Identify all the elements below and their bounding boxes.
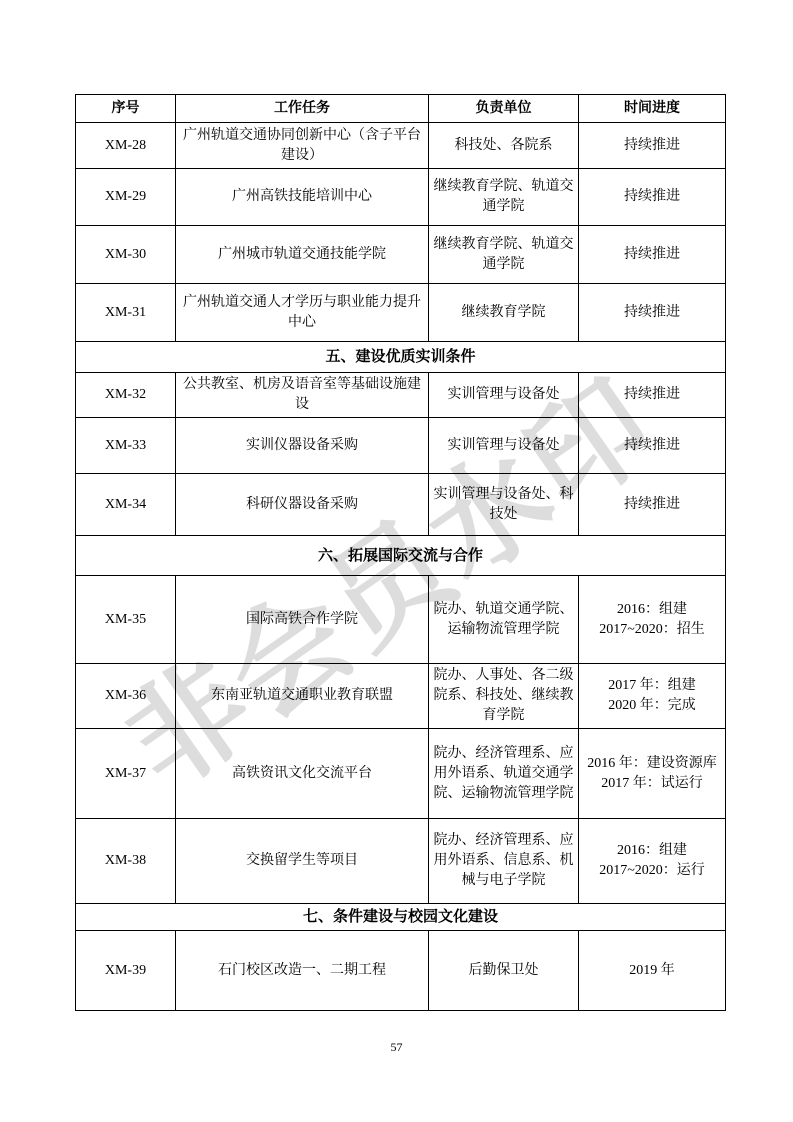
row-task: 科研仪器设备采购	[176, 474, 429, 536]
row-id: XM-31	[76, 284, 176, 342]
row-unit: 院办、轨道交通学院、运输物流管理学院	[429, 576, 579, 664]
row-id: XM-38	[76, 819, 176, 904]
row-unit: 继续教育学院、轨道交通学院	[429, 226, 579, 284]
row-id: XM-36	[76, 664, 176, 729]
column-header-task: 工作任务	[176, 95, 429, 123]
row-time: 持续推进	[579, 169, 726, 226]
table-header-row: 序号 工作任务 负责单位 时间进度	[76, 95, 726, 123]
row-task: 广州轨道交通协同创新中心（含子平台建设）	[176, 123, 429, 169]
row-unit: 继续教育学院	[429, 284, 579, 342]
table-row-xm31: XM-31 广州轨道交通人才学历与职业能力提升中心 继续教育学院 持续推进	[76, 284, 726, 342]
row-task: 广州轨道交通人才学历与职业能力提升中心	[176, 284, 429, 342]
section-title: 七、条件建设与校园文化建设	[76, 904, 726, 931]
table-row-xm39: XM-39 石门校区改造一、二期工程 后勤保卫处 2019 年	[76, 931, 726, 1011]
row-time: 2017 年：组建 2020 年：完成	[579, 664, 726, 729]
row-time: 持续推进	[579, 373, 726, 418]
column-header-seq: 序号	[76, 95, 176, 123]
row-time: 2016：组建 2017~2020：运行	[579, 819, 726, 904]
table-row-xm35: XM-35 国际高铁合作学院 院办、轨道交通学院、运输物流管理学院 2016：组…	[76, 576, 726, 664]
column-header-unit: 负责单位	[429, 95, 579, 123]
table-row-xm29: XM-29 广州高铁技能培训中心 继续教育学院、轨道交通学院 持续推进	[76, 169, 726, 226]
row-unit: 科技处、各院系	[429, 123, 579, 169]
row-task: 广州城市轨道交通技能学院	[176, 226, 429, 284]
table-row-xm32: XM-32 公共教室、机房及语音室等基础设施建设 实训管理与设备处 持续推进	[76, 373, 726, 418]
row-task: 实训仪器设备采购	[176, 418, 429, 474]
section-title: 五、建设优质实训条件	[76, 342, 726, 373]
row-id: XM-30	[76, 226, 176, 284]
row-time: 2016 年：建设资源库 2017 年：试运行	[579, 729, 726, 819]
table-row-xm37: XM-37 高铁资讯文化交流平台 院办、经济管理系、应用外语系、轨道交通学院、运…	[76, 729, 726, 819]
row-id: XM-39	[76, 931, 176, 1011]
table-row-xm34: XM-34 科研仪器设备采购 实训管理与设备处、科技处 持续推进	[76, 474, 726, 536]
row-id: XM-35	[76, 576, 176, 664]
row-time: 持续推进	[579, 284, 726, 342]
row-time: 持续推进	[579, 474, 726, 536]
work-plan-table: 序号 工作任务 负责单位 时间进度 XM-28 广州轨道交通协同创新中心（含子平…	[75, 94, 726, 1011]
row-unit: 院办、经济管理系、应用外语系、信息系、机械与电子学院	[429, 819, 579, 904]
row-id: XM-37	[76, 729, 176, 819]
row-task: 高铁资讯文化交流平台	[176, 729, 429, 819]
section-row-5: 五、建设优质实训条件	[76, 342, 726, 373]
row-task: 石门校区改造一、二期工程	[176, 931, 429, 1011]
row-time: 持续推进	[579, 418, 726, 474]
row-unit: 实训管理与设备处、科技处	[429, 474, 579, 536]
document-page: 非会员水印 序号 工作任务 负责单位 时间进度 XM-28 广州轨道交通协同创新…	[0, 0, 793, 1122]
row-id: XM-32	[76, 373, 176, 418]
row-unit: 继续教育学院、轨道交通学院	[429, 169, 579, 226]
row-unit: 院办、经济管理系、应用外语系、轨道交通学院、运输物流管理学院	[429, 729, 579, 819]
section-row-7: 七、条件建设与校园文化建设	[76, 904, 726, 931]
row-time: 2019 年	[579, 931, 726, 1011]
table-row-xm28: XM-28 广州轨道交通协同创新中心（含子平台建设） 科技处、各院系 持续推进	[76, 123, 726, 169]
table-row-xm36: XM-36 东南亚轨道交通职业教育联盟 院办、人事处、各二级院系、科技处、继续教…	[76, 664, 726, 729]
row-time: 2016：组建 2017~2020：招生	[579, 576, 726, 664]
section-row-6: 六、拓展国际交流与合作	[76, 536, 726, 576]
row-unit: 院办、人事处、各二级院系、科技处、继续教育学院	[429, 664, 579, 729]
table-row-xm33: XM-33 实训仪器设备采购 实训管理与设备处 持续推进	[76, 418, 726, 474]
page-number: 57	[0, 1040, 793, 1055]
row-task: 广州高铁技能培训中心	[176, 169, 429, 226]
row-id: XM-29	[76, 169, 176, 226]
row-unit: 实训管理与设备处	[429, 418, 579, 474]
row-task: 国际高铁合作学院	[176, 576, 429, 664]
row-task: 交换留学生等项目	[176, 819, 429, 904]
row-unit: 实训管理与设备处	[429, 373, 579, 418]
row-id: XM-34	[76, 474, 176, 536]
row-time: 持续推进	[579, 123, 726, 169]
section-title: 六、拓展国际交流与合作	[76, 536, 726, 576]
row-time: 持续推进	[579, 226, 726, 284]
row-task: 东南亚轨道交通职业教育联盟	[176, 664, 429, 729]
table-row-xm38: XM-38 交换留学生等项目 院办、经济管理系、应用外语系、信息系、机械与电子学…	[76, 819, 726, 904]
row-id: XM-33	[76, 418, 176, 474]
column-header-time: 时间进度	[579, 95, 726, 123]
row-task: 公共教室、机房及语音室等基础设施建设	[176, 373, 429, 418]
row-unit: 后勤保卫处	[429, 931, 579, 1011]
row-id: XM-28	[76, 123, 176, 169]
table-row-xm30: XM-30 广州城市轨道交通技能学院 继续教育学院、轨道交通学院 持续推进	[76, 226, 726, 284]
